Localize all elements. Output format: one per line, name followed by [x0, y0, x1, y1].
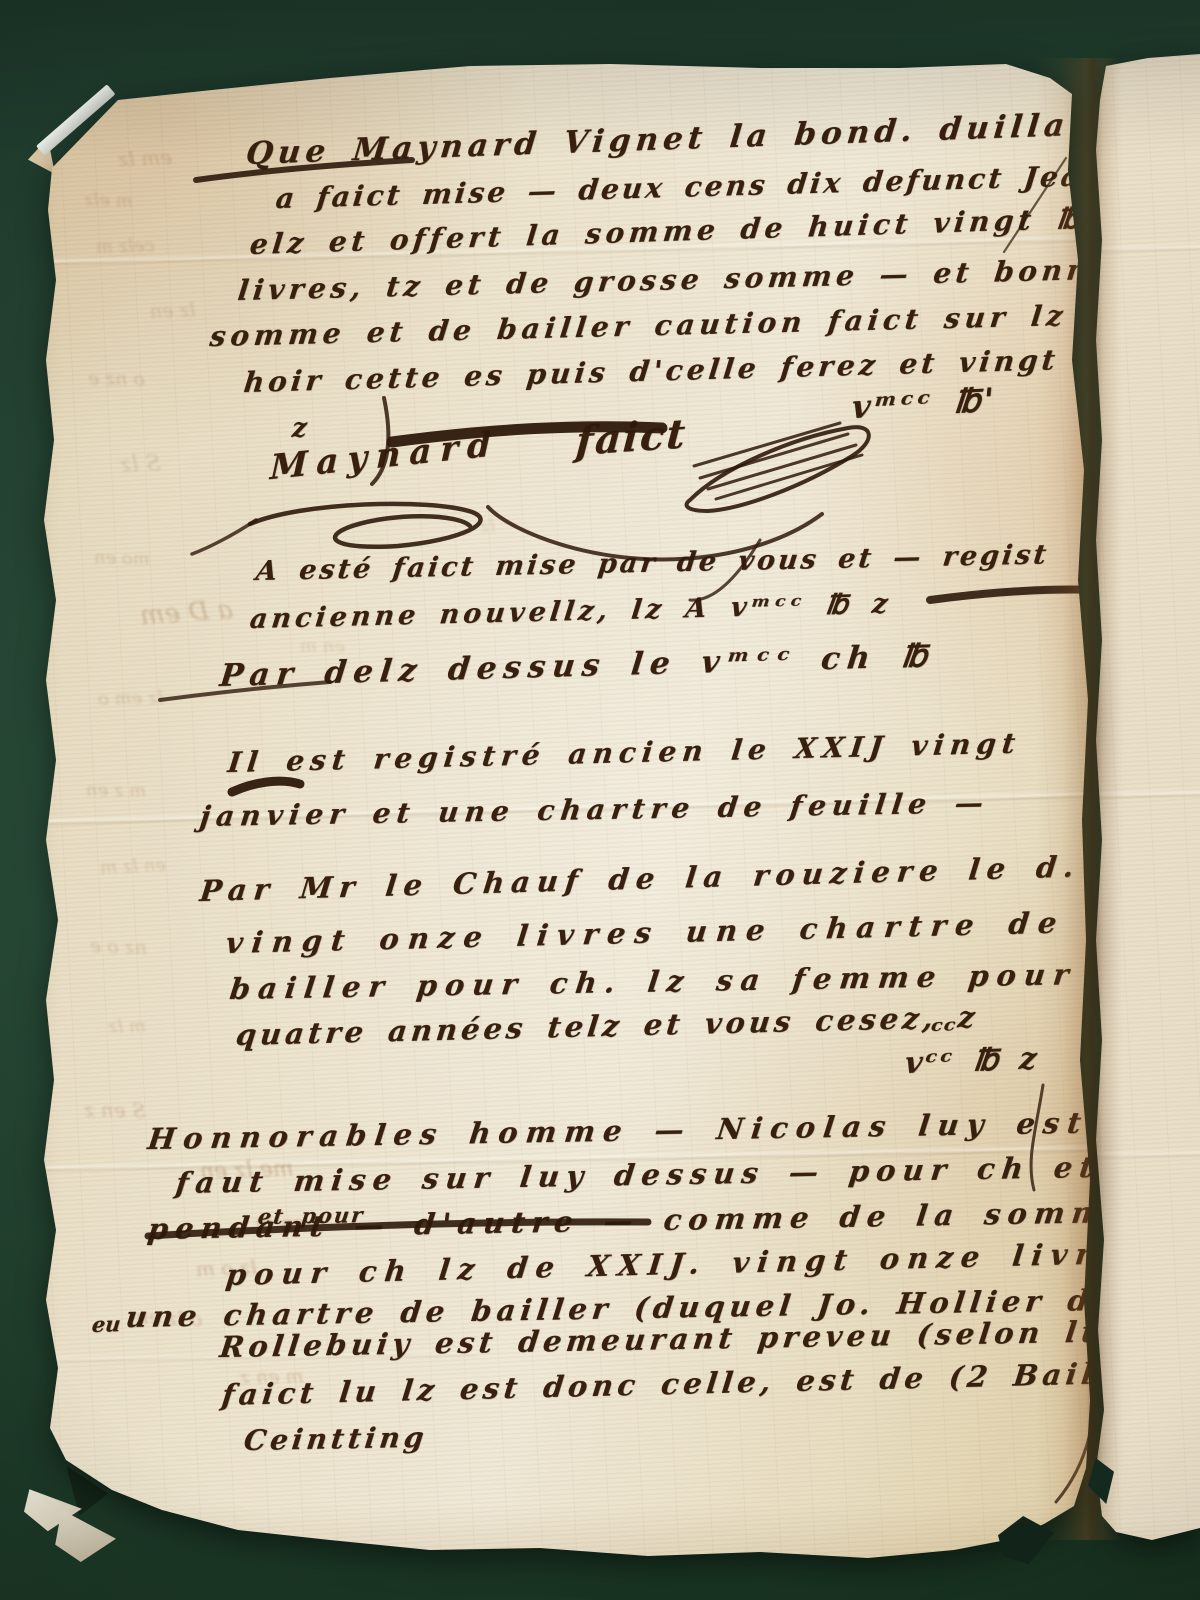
ink-text-layer: Que Maynard Vignet la bond. duillanta fa… — [0, 0, 1200, 1600]
manuscript-line: eu — [91, 1311, 122, 1337]
photograph: em lzm elzcelz mlz eno nz eS lzmo ena D … — [0, 0, 1200, 1600]
manuscript-line: A esté faict mise par de vous et — regis… — [254, 539, 1051, 587]
manuscript-line: ancienne nouvellz, lz A vᵐᶜᶜ ℔ z — [248, 588, 893, 635]
manuscript-line: z — [291, 413, 308, 444]
manuscript-line: vᵐᶜᶜ ℔' — [850, 380, 998, 426]
manuscript-line: bailler pour ch. lz sa femme pour — [228, 957, 1079, 1006]
manuscript-page: em lzm elzcelz mlz eno nz eS lzmo ena D … — [0, 0, 1200, 1600]
manuscript-line: faict — [574, 410, 688, 465]
manuscript-line: janvier et une chartre de feuille — — [198, 786, 991, 833]
manuscript-line: Il est registré ancien le XXIJ vingt — [226, 727, 1023, 779]
manuscript-line: faut mise sur luy dessus — pour ch et lz — [174, 1149, 1168, 1200]
bleedthrough-ghost-writing: · — [1166, 1116, 1173, 1141]
manuscript-line: vingt onze livres une chartre de — [224, 905, 1067, 960]
manuscript-line: quatre années telz et vous cesez, z — [234, 1000, 980, 1052]
manuscript-line: Par Mr le Chauf de la rouziere le d. ch — [198, 847, 1159, 908]
manuscript-page-wrap: em lzm elzcelz mlz eno nz eS lzmo ena D … — [0, 0, 1200, 1600]
manuscript-line: Ceintting — [242, 1421, 430, 1457]
manuscript-line: Honnorables homme — Nicolas luy est le — [146, 1104, 1162, 1156]
bleedthrough-ghost-writing: ﹏ — [1128, 1330, 1146, 1356]
manuscript-line: Par delz dessus le vᵐᶜᶜ ch ℔ — [218, 638, 936, 694]
manuscript-line: faict lu lz est donc celle, est de (2 Ba… — [220, 1355, 1175, 1412]
bleedthrough-ghost-writing: · — [1146, 696, 1154, 724]
manuscript-line: vᶜᶜ ℔ z — [903, 1041, 1040, 1081]
manuscript-line: livres, tz et de grosse somme — et bonne… — [236, 251, 1169, 307]
